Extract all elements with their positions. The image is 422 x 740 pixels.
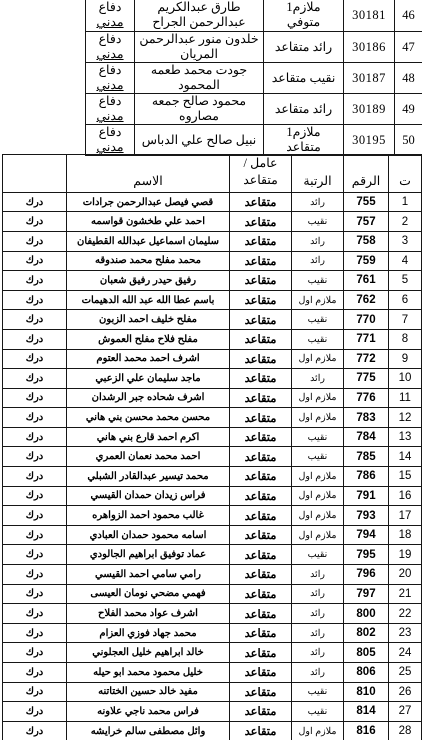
org-cell: درك <box>3 467 67 487</box>
name-cell: محمد تيسير عبدالقادر الشبلي <box>67 467 230 487</box>
service-number-cell: 762 <box>344 290 389 310</box>
serial-cell: 18 <box>389 525 422 545</box>
org-cell: دفاعمدني <box>86 32 135 63</box>
org-cell: دفاعمدني <box>86 125 135 156</box>
header-org <box>3 155 67 193</box>
rank-cell: رائد <box>292 369 344 389</box>
name-cell: فراس محمد ناجي علاونه <box>67 702 230 722</box>
name-cell: احمد علي طخشون قواسمه <box>67 212 230 232</box>
service-number-cell: 775 <box>344 369 389 389</box>
table-row: 17793ملازم اولمتقاعدغالب محمود احمد الزو… <box>3 506 422 526</box>
table-row: 3758رائدمتقاعدسليمان اسماعيل عبدالله الق… <box>3 231 422 251</box>
rank-cell: نقيب <box>292 329 344 349</box>
service-number-cell: 814 <box>344 702 389 722</box>
name-cell: اشرف شحاده جبر الرشدان <box>67 388 230 408</box>
status-cell: متقاعد <box>230 702 292 722</box>
serial-cell: 28 <box>389 721 422 740</box>
name-cell: اشرف عواد محمد الفلاح <box>67 604 230 624</box>
serial-cell: 22 <box>389 604 422 624</box>
table-row: 4759رائدمتقاعدمحمد مفلح محمد صندوقهدرك <box>3 251 422 271</box>
name-cell: فهمي مضحي نومان العيسى <box>67 584 230 604</box>
status-cell: متقاعد <box>230 467 292 487</box>
org-cell: درك <box>3 721 67 740</box>
service-number-cell: 772 <box>344 349 389 369</box>
serial-cell: 9 <box>389 349 422 369</box>
table-row: 1755رائدمتقاعدقصي فيصل عبدالرحمن جراداتد… <box>3 192 422 212</box>
org-cell: درك <box>3 565 67 585</box>
header-name: الاسم <box>67 155 230 193</box>
status-cell: متقاعد <box>230 623 292 643</box>
org-cell: درك <box>3 643 67 663</box>
table-row: 12783ملازم اولمتقاعدمحسن محمد محسن بني ه… <box>3 408 422 428</box>
header-number: الرقم <box>344 155 389 193</box>
serial-cell: 17 <box>389 506 422 526</box>
serial-cell: 46 <box>395 0 422 32</box>
org-cell: درك <box>3 251 67 271</box>
rank-cell: رائد <box>292 192 344 212</box>
status-cell: متقاعد <box>230 192 292 212</box>
status-cell: متقاعد <box>230 545 292 565</box>
name-cell: رامي سامي احمد القيسي <box>67 565 230 585</box>
service-number-cell: 761 <box>344 271 389 291</box>
rank-cell: رائد <box>292 565 344 585</box>
status-cell: متقاعد <box>230 682 292 702</box>
serial-cell: 50 <box>395 125 422 156</box>
retired-officers-table-main: ت الرقم الرتبة عامل / متقاعد الاسم 1755ر… <box>2 154 422 740</box>
rank-cell: رائد <box>292 584 344 604</box>
status-cell: متقاعد <box>230 584 292 604</box>
name-cell: باسم عطا الله عبد الله الدهيمات <box>67 290 230 310</box>
service-number-cell: 757 <box>344 212 389 232</box>
serial-cell: 21 <box>389 584 422 604</box>
rank-cell: نقيب <box>292 271 344 291</box>
org-cell: درك <box>3 545 67 565</box>
org-cell: درك <box>3 682 67 702</box>
table-row: 4630181ملازم1 متوفيطارق عبدالكريم عبدالر… <box>86 0 422 32</box>
name-cell: اكرم احمد قارع بني هاني <box>67 427 230 447</box>
serial-cell: 11 <box>389 388 422 408</box>
status-cell: متقاعد <box>230 310 292 330</box>
serial-cell: 20 <box>389 565 422 585</box>
serial-cell: 10 <box>389 369 422 389</box>
name-cell: قصي فيصل عبدالرحمن جرادات <box>67 192 230 212</box>
status-cell: متقاعد <box>230 525 292 545</box>
org-cell: دفاعمدني <box>86 94 135 125</box>
status-cell: متقاعد <box>230 604 292 624</box>
top-table-body: 4630181ملازم1 متوفيطارق عبدالكريم عبدالر… <box>86 0 422 156</box>
org-cell: درك <box>3 388 67 408</box>
status-cell: متقاعد <box>230 290 292 310</box>
rank-cell: رائد <box>292 604 344 624</box>
status-cell: متقاعد <box>230 427 292 447</box>
status-cell: متقاعد <box>230 721 292 740</box>
rank-cell: نقيب <box>292 427 344 447</box>
org-cell: درك <box>3 369 67 389</box>
name-cell: اشرف احمد محمد العتوم <box>67 349 230 369</box>
name-cell: وائل مصطفى سالم خرايشه <box>67 721 230 740</box>
rank-cell: رائد <box>292 663 344 683</box>
serial-cell: 8 <box>389 329 422 349</box>
org-cell: درك <box>3 702 67 722</box>
name-cell: نبيل صالح علي الدباس <box>135 125 264 156</box>
name-cell: محمود صالح جمعه مصاروه <box>135 94 264 125</box>
rank-cell: نقيب متقاعد <box>264 63 344 94</box>
service-number-cell: 802 <box>344 623 389 643</box>
org-cell: درك <box>3 447 67 467</box>
org-cell-line1: دفاع <box>88 0 132 15</box>
name-cell: محمد مفلح محمد صندوقه <box>67 251 230 271</box>
service-number-cell: 771 <box>344 329 389 349</box>
name-cell: محمد جهاد فوزي العزام <box>67 623 230 643</box>
service-number-cell: 793 <box>344 506 389 526</box>
rank-cell: نقيب <box>292 212 344 232</box>
name-cell: سليمان اسماعيل عبدالله القطيفان <box>67 231 230 251</box>
table-row: 11776ملازم اولمتقاعداشرف شحاده جبر الرشد… <box>3 388 422 408</box>
rank-cell: رائد <box>292 623 344 643</box>
org-cell: دفاعمدني <box>86 63 135 94</box>
rank-cell: نقيب <box>292 702 344 722</box>
serial-cell: 4 <box>389 251 422 271</box>
org-cell: دفاعمدني <box>86 0 135 32</box>
rank-cell: رائد <box>292 643 344 663</box>
serial-cell: 14 <box>389 447 422 467</box>
service-number-cell: 791 <box>344 486 389 506</box>
serial-cell: 25 <box>389 663 422 683</box>
name-cell: خليل محمود محمد ابو حيله <box>67 663 230 683</box>
serial-cell: 5 <box>389 271 422 291</box>
service-number-cell: 785 <box>344 447 389 467</box>
rank-cell: رائد <box>292 251 344 271</box>
table-row: 4930189رائد متقاعدمحمود صالح جمعه مصاروه… <box>86 94 422 125</box>
name-cell: احمد محمد نعمان العمري <box>67 447 230 467</box>
status-cell: متقاعد <box>230 271 292 291</box>
service-number-cell: 797 <box>344 584 389 604</box>
table-row: 8771نقيبمتقاعدمفلح فلاح مفلح العموشدرك <box>3 329 422 349</box>
serial-cell: 48 <box>395 63 422 94</box>
status-cell: متقاعد <box>230 231 292 251</box>
rank-cell: ملازم اول <box>292 290 344 310</box>
service-number-cell: 30189 <box>344 94 395 125</box>
org-cell-line2: مدني <box>88 140 132 155</box>
name-cell: ماجد سليمان علي الزعبي <box>67 369 230 389</box>
org-cell-line1: دفاع <box>88 125 132 140</box>
serial-cell: 19 <box>389 545 422 565</box>
serial-cell: 47 <box>395 32 422 63</box>
rank-cell: ملازم1 متوفي <box>264 0 344 32</box>
org-cell-line2: مدني <box>88 109 132 124</box>
table-row: 20796رائدمتقاعدرامي سامي احمد القيسيدرك <box>3 565 422 585</box>
service-number-cell: 806 <box>344 663 389 683</box>
org-cell: درك <box>3 290 67 310</box>
name-cell: اسامه محمود حمدان العبادي <box>67 525 230 545</box>
serial-cell: 23 <box>389 623 422 643</box>
status-cell: متقاعد <box>230 663 292 683</box>
table-row: 27814نقيبمتقاعدفراس محمد ناجي علاونهدرك <box>3 702 422 722</box>
status-cell: متقاعد <box>230 349 292 369</box>
serial-cell: 7 <box>389 310 422 330</box>
org-cell-line2: مدني <box>88 78 132 93</box>
org-cell: درك <box>3 408 67 428</box>
service-number-cell: 794 <box>344 525 389 545</box>
serial-cell: 12 <box>389 408 422 428</box>
table-row: 9772ملازم اولمتقاعداشرف احمد محمد العتوم… <box>3 349 422 369</box>
rank-cell: ملازم اول <box>292 506 344 526</box>
name-cell: خلدون منور عبدالرحمن المريان <box>135 32 264 63</box>
document-page: 4630181ملازم1 متوفيطارق عبدالكريم عبدالر… <box>0 0 422 740</box>
org-cell-line1: دفاع <box>88 63 132 78</box>
status-cell: متقاعد <box>230 565 292 585</box>
status-cell: متقاعد <box>230 486 292 506</box>
org-cell: درك <box>3 329 67 349</box>
service-number-cell: 796 <box>344 565 389 585</box>
table-row: 21797رائدمتقاعدفهمي مضحي نومان العيسىدرك <box>3 584 422 604</box>
table-row: 2757نقيبمتقاعداحمد علي طخشون قواسمهدرك <box>3 212 422 232</box>
service-number-cell: 30181 <box>344 0 395 32</box>
header-row: ت الرقم الرتبة عامل / متقاعد الاسم <box>3 155 422 193</box>
status-cell: متقاعد <box>230 251 292 271</box>
status-cell: متقاعد <box>230 388 292 408</box>
status-cell: متقاعد <box>230 329 292 349</box>
table-row: 5030195ملازم1 متقاعدنبيل صالح علي الدباس… <box>86 125 422 156</box>
service-number-cell: 810 <box>344 682 389 702</box>
serial-cell: 3 <box>389 231 422 251</box>
table-row: 10775رائدمتقاعدماجد سليمان علي الزعبيدرك <box>3 369 422 389</box>
main-table-body: 1755رائدمتقاعدقصي فيصل عبدالرحمن جراداتد… <box>3 192 422 740</box>
serial-cell: 26 <box>389 682 422 702</box>
service-number-cell: 795 <box>344 545 389 565</box>
name-cell: عماد توفيق ابراهيم الجالودي <box>67 545 230 565</box>
service-number-cell: 786 <box>344 467 389 487</box>
service-number-cell: 759 <box>344 251 389 271</box>
service-number-cell: 784 <box>344 427 389 447</box>
rank-cell: رائد متقاعد <box>264 32 344 63</box>
table-row: 5761نقيبمتقاعدرفيق حيدر رفيق شعباندرك <box>3 271 422 291</box>
header-status-line1: عامل / <box>232 155 289 172</box>
serial-cell: 16 <box>389 486 422 506</box>
table-row: 15786ملازم اولمتقاعدمحمد تيسير عبدالقادر… <box>3 467 422 487</box>
rank-cell: ملازم اول <box>292 349 344 369</box>
serial-cell: 49 <box>395 94 422 125</box>
rank-cell: نقيب <box>292 545 344 565</box>
service-number-cell: 783 <box>344 408 389 428</box>
status-cell: متقاعد <box>230 212 292 232</box>
status-cell: متقاعد <box>230 369 292 389</box>
service-number-cell: 758 <box>344 231 389 251</box>
name-cell: جودت محمد طعمه المحمود <box>135 63 264 94</box>
table-row: 23802رائدمتقاعدمحمد جهاد فوزي العزامدرك <box>3 623 422 643</box>
serial-cell: 15 <box>389 467 422 487</box>
rank-cell: ملازم اول <box>292 721 344 740</box>
rank-cell: ملازم اول <box>292 467 344 487</box>
rank-cell: رائد متقاعد <box>264 94 344 125</box>
service-number-cell: 776 <box>344 388 389 408</box>
rank-cell: نقيب <box>292 447 344 467</box>
header-serial: ت <box>389 155 422 193</box>
service-number-cell: 30187 <box>344 63 395 94</box>
org-cell: درك <box>3 623 67 643</box>
org-cell: درك <box>3 349 67 369</box>
serial-cell: 2 <box>389 212 422 232</box>
service-number-cell: 770 <box>344 310 389 330</box>
rank-cell: ملازم اول <box>292 388 344 408</box>
org-cell: درك <box>3 506 67 526</box>
service-number-cell: 816 <box>344 721 389 740</box>
name-cell: مفلح خليف احمد الزبون <box>67 310 230 330</box>
rank-cell: رائد <box>292 231 344 251</box>
name-cell: فراس زيدان حمدان القيسي <box>67 486 230 506</box>
org-cell: درك <box>3 212 67 232</box>
org-cell: درك <box>3 486 67 506</box>
service-number-cell: 30186 <box>344 32 395 63</box>
table-row: 6762ملازم اولمتقاعدباسم عطا الله عبد الل… <box>3 290 422 310</box>
header-status: عامل / متقاعد <box>230 155 292 193</box>
table-row: 24805رائدمتقاعدخالد ابراهيم خليل العجلون… <box>3 643 422 663</box>
rank-cell: نقيب <box>292 310 344 330</box>
rank-cell: ملازم اول <box>292 408 344 428</box>
org-cell: درك <box>3 192 67 212</box>
serial-cell: 6 <box>389 290 422 310</box>
name-cell: غالب محمود احمد الزواهره <box>67 506 230 526</box>
org-cell-line2: مدني <box>88 15 132 30</box>
service-number-cell: 30195 <box>344 125 395 156</box>
table-row: 25806رائدمتقاعدخليل محمود محمد ابو حيلهد… <box>3 663 422 683</box>
rank-cell: ملازم اول <box>292 486 344 506</box>
name-cell: رفيق حيدر رفيق شعبان <box>67 271 230 291</box>
org-cell: درك <box>3 525 67 545</box>
table-row: 4730186رائد متقاعدخلدون منور عبدالرحمن ا… <box>86 32 422 63</box>
name-cell: محسن محمد محسن بني هاني <box>67 408 230 428</box>
table-row: 14785نقيبمتقاعداحمد محمد نعمان العمريدرك <box>3 447 422 467</box>
status-cell: متقاعد <box>230 408 292 428</box>
table-row: 18794ملازم اولمتقاعداسامه محمود حمدان ال… <box>3 525 422 545</box>
rank-cell: ملازم1 متقاعد <box>264 125 344 156</box>
table-row: 4830187نقيب متقاعدجودت محمد طعمه المحمود… <box>86 63 422 94</box>
org-cell: درك <box>3 663 67 683</box>
service-number-cell: 805 <box>344 643 389 663</box>
status-cell: متقاعد <box>230 447 292 467</box>
rank-cell: نقيب <box>292 682 344 702</box>
org-cell-line1: دفاع <box>88 94 132 109</box>
name-cell: مفيد خالد حسين الختاتنه <box>67 682 230 702</box>
serial-cell: 13 <box>389 427 422 447</box>
org-cell: درك <box>3 310 67 330</box>
serial-cell: 1 <box>389 192 422 212</box>
org-cell-line2: مدني <box>88 47 132 62</box>
table-row: 19795نقيبمتقاعدعماد توفيق ابراهيم الجالو… <box>3 545 422 565</box>
table-row: 16791ملازم اولمتقاعدفراس زيدان حمدان الق… <box>3 486 422 506</box>
table-row: 22800رائدمتقاعداشرف عواد محمد الفلاحدرك <box>3 604 422 624</box>
name-cell: خالد ابراهيم خليل العجلوني <box>67 643 230 663</box>
org-cell: درك <box>3 584 67 604</box>
retired-officers-table-top: 4630181ملازم1 متوفيطارق عبدالكريم عبدالر… <box>85 0 422 156</box>
rank-cell: ملازم اول <box>292 525 344 545</box>
org-cell: درك <box>3 271 67 291</box>
org-cell: درك <box>3 604 67 624</box>
status-cell: متقاعد <box>230 506 292 526</box>
service-number-cell: 800 <box>344 604 389 624</box>
table-row: 26810نقيبمتقاعدمفيد خالد حسين الختاتنهدر… <box>3 682 422 702</box>
header-rank: الرتبة <box>292 155 344 193</box>
org-cell-line1: دفاع <box>88 32 132 47</box>
header-status-line2: متقاعد <box>232 172 289 189</box>
serial-cell: 27 <box>389 702 422 722</box>
table-row: 7770نقيبمتقاعدمفلح خليف احمد الزبوندرك <box>3 310 422 330</box>
table-row: 13784نقيبمتقاعداكرم احمد قارع بني هانيدر… <box>3 427 422 447</box>
name-cell: طارق عبدالكريم عبدالرحمن الجراح <box>135 0 264 32</box>
serial-cell: 24 <box>389 643 422 663</box>
main-table-header: ت الرقم الرتبة عامل / متقاعد الاسم <box>3 155 422 193</box>
org-cell: درك <box>3 231 67 251</box>
org-cell: درك <box>3 427 67 447</box>
status-cell: متقاعد <box>230 643 292 663</box>
name-cell: مفلح فلاح مفلح العموش <box>67 329 230 349</box>
service-number-cell: 755 <box>344 192 389 212</box>
table-row: 28816ملازم اولمتقاعدوائل مصطفى سالم خراي… <box>3 721 422 740</box>
